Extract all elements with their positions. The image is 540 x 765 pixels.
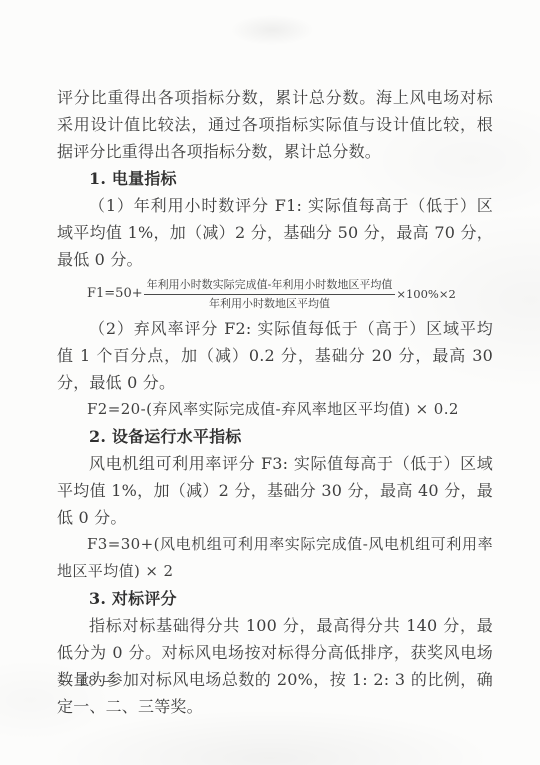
- formula-f3: F3=30+(风电机组可利用率实际完成值-风电机组可利用率地区平均值) × 2: [57, 531, 493, 585]
- formula-f1: F1=50+ 年利用小时数实际完成值-年利用小时数地区平均值 年利用小时数地区平…: [57, 278, 493, 312]
- page-number: — 18 —: [60, 674, 117, 689]
- paragraph-benchmark-scoring: 指标对标基础得分共 100 分，最高得分共 140 分，最低分为 0 分。对标风…: [57, 612, 493, 720]
- section2-heading: 2. 设备运行水平指标: [57, 423, 493, 450]
- document-content: 评分比重得出各项指标分数，累计总分数。海上风电场对标采用设计值比较法，通过各项指…: [57, 84, 493, 720]
- paragraph-curtailment-f2: （2）弃风率评分 F2: 实际值每低于（高于）区域平均值 1 个百分点，加（减）…: [57, 315, 493, 396]
- paragraph-annual-hours-f1: （1）年利用小时数评分 F1: 实际值每高于（低于）区域平均值 1%，加（减）2…: [57, 192, 493, 273]
- section3-heading: 3. 对标评分: [57, 585, 493, 612]
- paragraph-availability-f3: 风电机组可利用率评分 F3: 实际值每高于（低于）区域平均值 1%，加（减）2 …: [57, 450, 493, 531]
- formula-f1-numerator: 年利用小时数实际完成值-年利用小时数地区平均值: [144, 278, 396, 295]
- formula-f1-prefix: F1=50+: [87, 286, 143, 303]
- paragraph-intro: 评分比重得出各项指标分数，累计总分数。海上风电场对标采用设计值比较法，通过各项指…: [57, 84, 493, 165]
- formula-f2: F2=20-(弃风率实际完成值-弃风率地区平均值) × 0.2: [57, 396, 493, 423]
- document-page: 评分比重得出各项指标分数，累计总分数。海上风电场对标采用设计值比较法，通过各项指…: [0, 0, 540, 765]
- formula-f1-fraction: 年利用小时数实际完成值-年利用小时数地区平均值 年利用小时数地区平均值: [144, 278, 396, 312]
- formula-f1-multiplier: ×100%×2: [396, 287, 455, 302]
- section1-heading: 1. 电量指标: [57, 165, 493, 192]
- formula-f1-denominator: 年利用小时数地区平均值: [144, 295, 396, 311]
